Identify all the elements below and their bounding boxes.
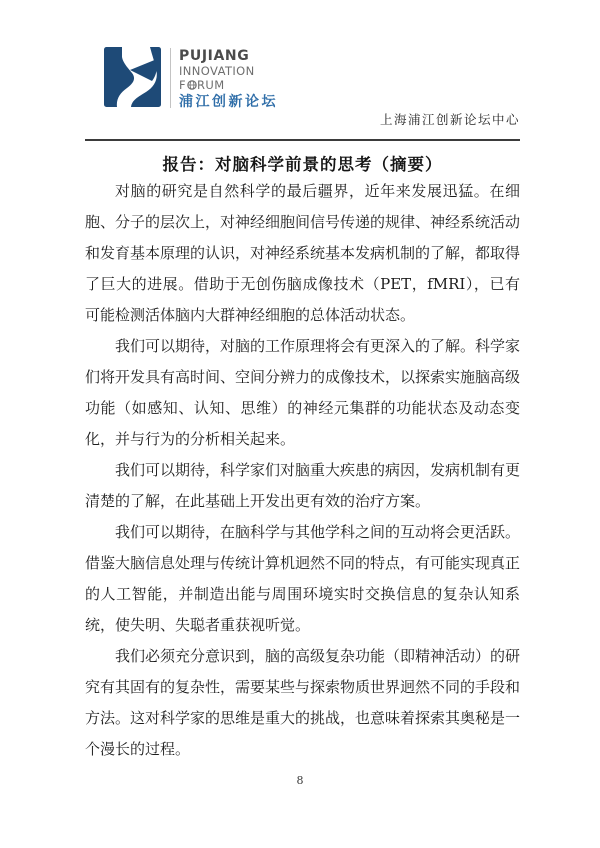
report-title: 报告：对脑科学前景的思考（摘要） bbox=[85, 151, 520, 175]
logo-chinese-name: 浦江创新论坛 bbox=[179, 94, 278, 111]
header-rule bbox=[85, 139, 520, 141]
logo-line-innovation: INNOVATION bbox=[179, 64, 278, 78]
report-paragraph: 我们可以期待，对脑的工作原理将会有更深入的了解。科学家们将开发具有高时间、空间分… bbox=[85, 331, 520, 455]
logo-line-forum: FRUM bbox=[179, 78, 278, 92]
logo-line-pujiang: PUJIANG bbox=[179, 48, 278, 64]
logo-wordmark: PUJIANG INNOVATION FRUM 浦江创新论坛 bbox=[179, 47, 278, 111]
forum-letters-rum: RUM bbox=[197, 78, 225, 92]
report-paragraph: 对脑的研究是自然科学的最后疆界，近年来发展迅猛。在细胞、分子的层次上，对神经细胞… bbox=[85, 176, 520, 331]
report-paragraph: 我们必须充分意识到，脑的高级复杂功能（即精神活动）的研究有其固有的复杂性，需要某… bbox=[85, 641, 520, 765]
report-paragraph: 我们可以期待，在脑科学与其他学科之间的互动将会更活跃。借鉴大脑信息处理与传统计算… bbox=[85, 517, 520, 641]
org-name: 上海浦江创新论坛中心 bbox=[380, 110, 520, 128]
report-paragraph: 我们可以期待，科学家们对脑重大疾患的病因，发病机制有更清楚的了解，在此基础上开发… bbox=[85, 455, 520, 517]
document-page: PUJIANG INNOVATION FRUM 浦江创新论坛 上海浦江创新论坛中… bbox=[0, 0, 600, 848]
pujiang-logo: PUJIANG INNOVATION FRUM 浦江创新论坛 bbox=[104, 47, 278, 111]
page-number: 8 bbox=[0, 774, 600, 787]
pujiang-logo-icon bbox=[104, 47, 161, 107]
forum-letter-f: F bbox=[179, 78, 186, 92]
globe-icon bbox=[186, 80, 197, 90]
report-body: 对脑的研究是自然科学的最后疆界，近年来发展迅猛。在细胞、分子的层次上，对神经细胞… bbox=[85, 176, 520, 765]
logo-divider bbox=[170, 48, 171, 108]
